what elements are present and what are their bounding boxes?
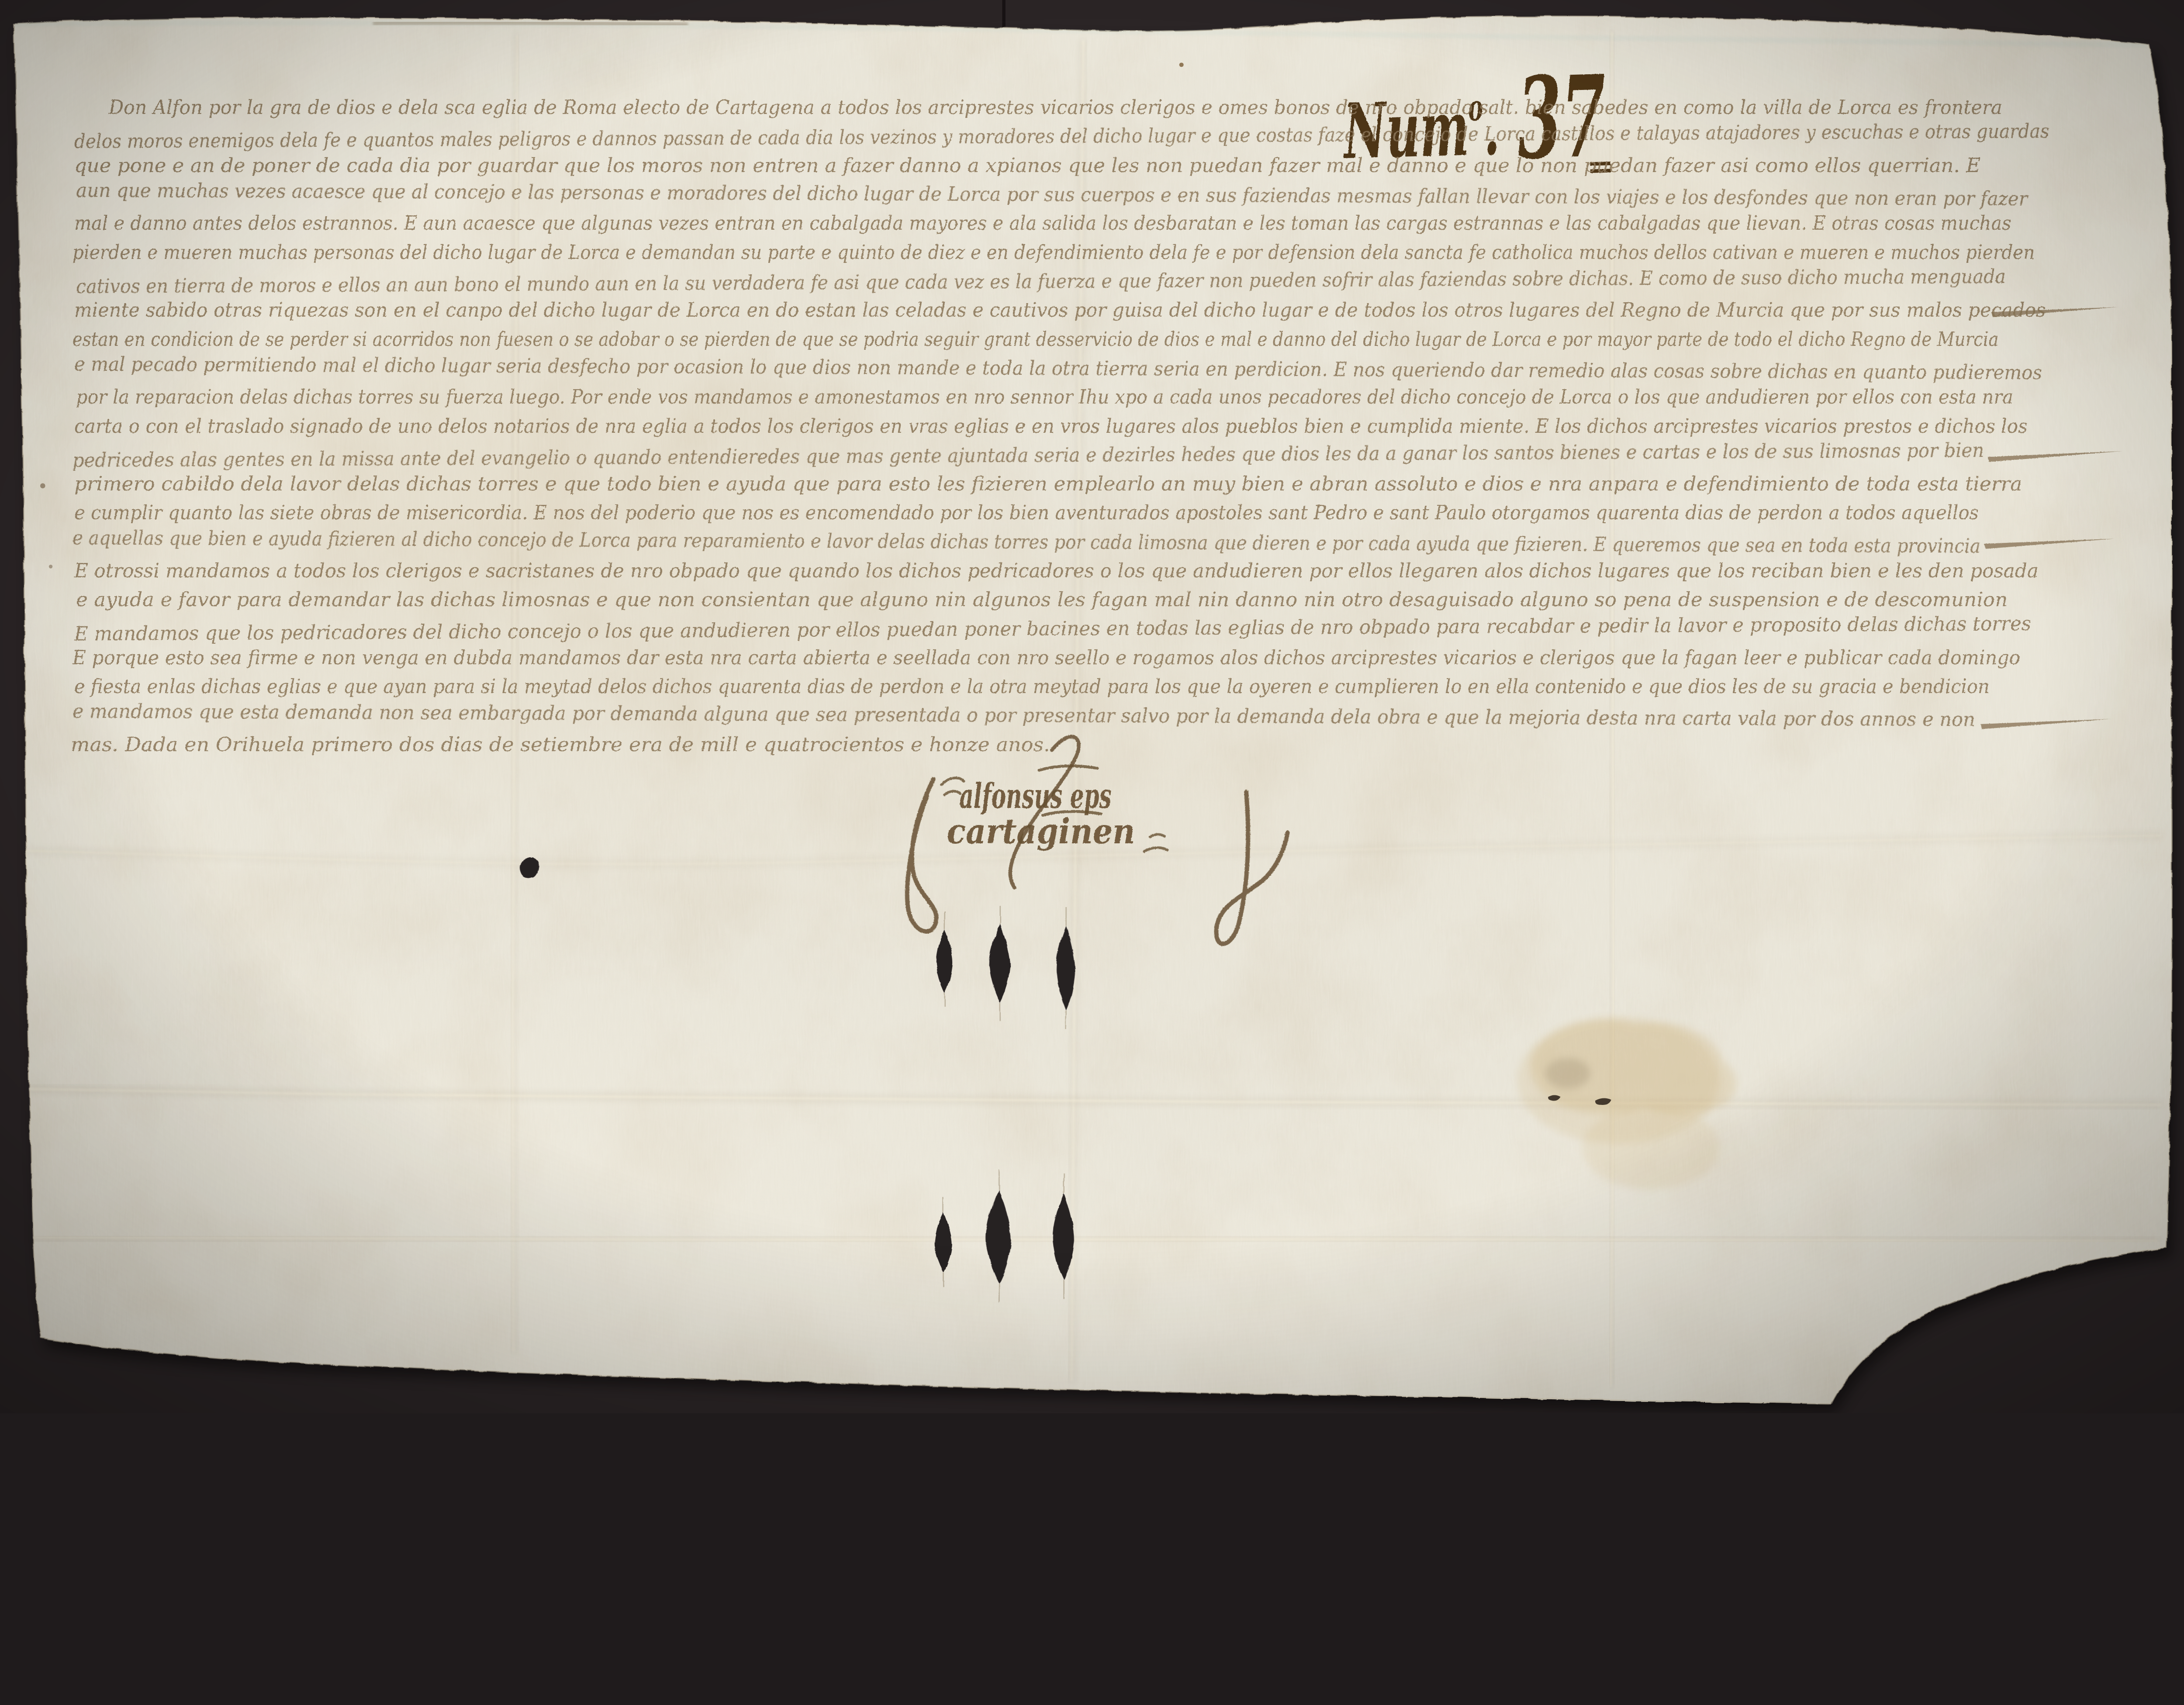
scan-vignette	[0, 0, 2184, 1413]
manuscript-scan: Numo. 37 = Don Alfon por la gra de dios …	[0, 0, 2184, 1413]
